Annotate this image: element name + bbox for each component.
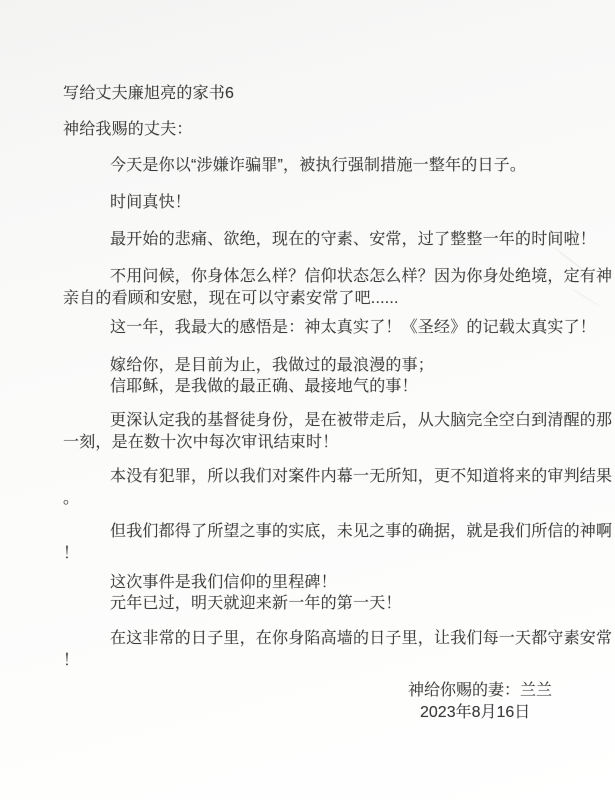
- letter-line: 最开始的悲痛、欲绝，现在的守素、安常，过了整整一年的时间啦！: [63, 229, 596, 251]
- letter-line: 更深认定我的基督徒身份，是在被带走后，从大脑完全空白到清醒的那: [63, 410, 612, 432]
- letter-line: 在这非常的日子里，在你身陷高墙的日子里，让我们每一天都守素安常: [63, 628, 612, 650]
- letter-line: 今天是你以“涉嫌诈骗罪”，被执行强制措施一整年的日子。: [63, 155, 526, 177]
- letter-salutation: 神给我赐的丈夫：: [63, 119, 193, 141]
- letter-line: 本没有犯罪，所以我们对案件内幕一无所知，更不知道将来的审判结果: [63, 466, 612, 488]
- photo-crease-artifact: [570, 287, 600, 307]
- letter-line: 亲自的看顾和安慰，现在可以守素安常了吧......: [63, 288, 399, 310]
- letter-line: ！: [63, 650, 79, 672]
- letter-line: 但我们都得了所望之事的实底，未见之事的确据，就是我们所信的神啊: [63, 521, 612, 543]
- letter-line: 信耶稣，是我做的最正确、最接地气的事！: [63, 376, 418, 398]
- letter-signature: 神给你赐的妻：兰兰: [408, 680, 552, 702]
- letter-line: 一刻，是在数十次中每次审讯结束时！: [63, 432, 338, 454]
- letter-line: 。: [63, 488, 79, 510]
- letter-page: 写给丈夫廉旭亮的家书6 神给我赐的丈夫： 今天是你以“涉嫌诈骗罪”，被执行强制措…: [0, 0, 615, 800]
- letter-line: 时间真快！: [63, 192, 191, 214]
- letter-line: 这一年，我最大的感悟是：神太真实了！《圣经》的记载太真实了！: [63, 317, 596, 339]
- letter-line: 嫁给你，是目前为止，我做过的最浪漫的事；: [63, 355, 434, 377]
- letter-line: ！: [63, 543, 79, 565]
- letter-line: 这次事件是我们信仰的里程碑！: [63, 572, 337, 594]
- letter-date: 2023年8月16日: [420, 702, 530, 724]
- letter-line: 元年已过，明天就迎来新一年的第一天！: [63, 593, 402, 615]
- letter-title: 写给丈夫廉旭亮的家书6: [63, 83, 234, 105]
- letter-line: 不用问候，你身体怎么样？信仰状态怎么样？因为你身处绝境，定有神: [63, 266, 612, 288]
